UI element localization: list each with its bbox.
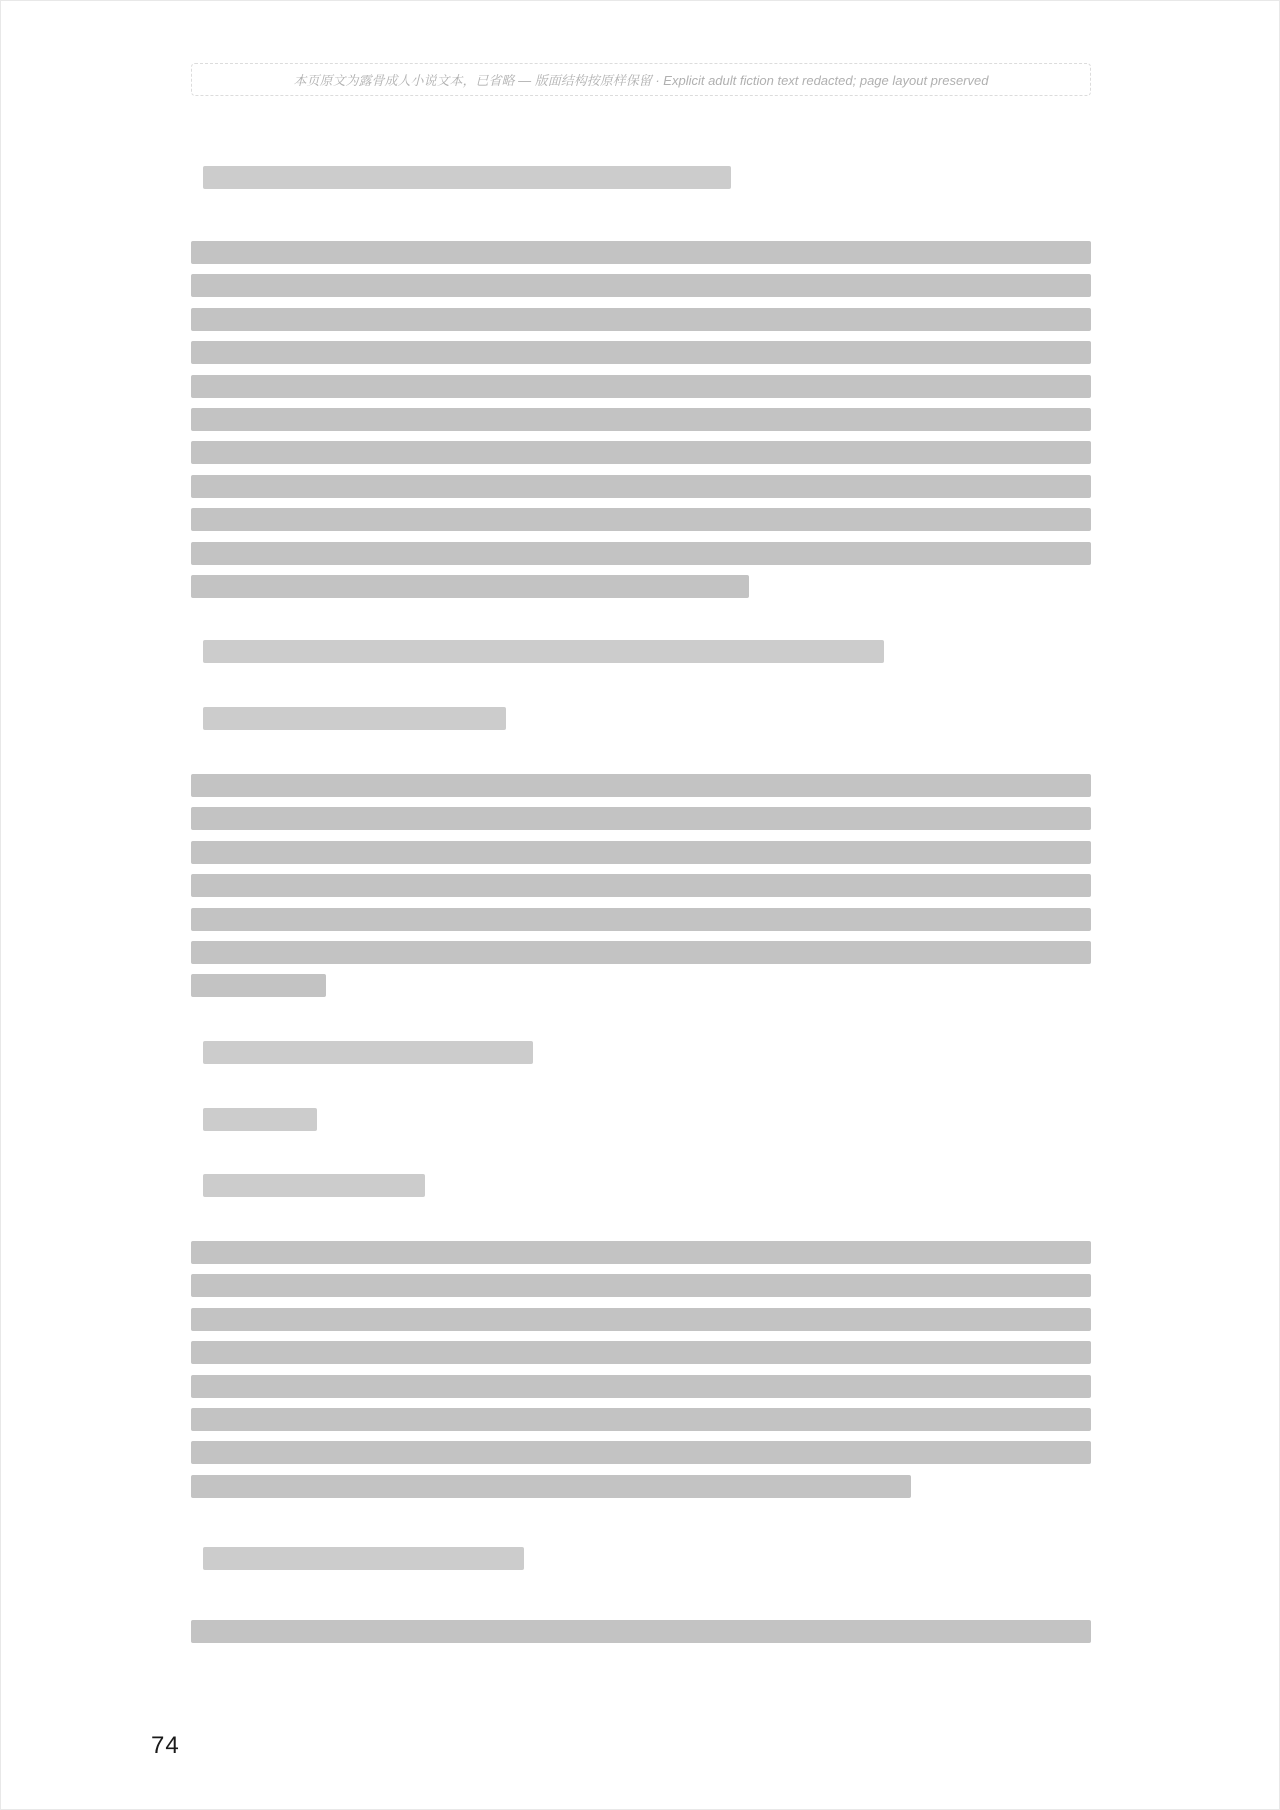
redacted-text-line-body [191, 241, 1091, 264]
redacted-text-line-body [191, 874, 1091, 897]
redacted-text-line-body [191, 1620, 1091, 1643]
redacted-text-line-body [191, 341, 1091, 364]
redacted-text-line-body [191, 807, 1091, 830]
redacted-text-line-body [191, 774, 1091, 797]
redacted-text-line-body [191, 274, 1091, 297]
redacted-text-line-body [191, 575, 749, 598]
redacted-text-line-body [191, 1375, 1091, 1398]
document-page: 本页原文为露骨成人小说文本，已省略 — 版面结构按原样保留 · Explicit… [0, 0, 1280, 1810]
redacted-text-line-body [191, 974, 326, 997]
redacted-text-line-body [191, 1475, 911, 1498]
redacted-text-line-body [191, 441, 1091, 464]
redacted-text-line-quote [203, 1108, 317, 1131]
redacted-text-line-body [191, 908, 1091, 931]
redacted-text-line-body [191, 1441, 1091, 1464]
redacted-text-line-body [191, 542, 1091, 565]
redacted-text-line-quote [203, 1174, 425, 1197]
redacted-text-line-quote [203, 640, 884, 663]
redacted-text-line-body [191, 941, 1091, 964]
redacted-text-line-quote [203, 707, 506, 730]
redacted-text-line-body [191, 1241, 1091, 1264]
redacted-text-line-quote [203, 1041, 533, 1064]
redacted-text-line-body [191, 1408, 1091, 1431]
page-number: 74 [151, 1732, 180, 1760]
redacted-text-line-body [191, 841, 1091, 864]
redacted-text-line-body [191, 308, 1091, 331]
redacted-text-line-body [191, 1308, 1091, 1331]
redacted-text-line-body [191, 508, 1091, 531]
redacted-text-line-body [191, 475, 1091, 498]
text-content [191, 1, 1091, 1810]
redacted-text-line-quote [203, 1547, 524, 1570]
redacted-text-line-body [191, 375, 1091, 398]
redacted-text-line-body [191, 1274, 1091, 1297]
redacted-text-line-body [191, 408, 1091, 431]
redacted-text-line-body [191, 1341, 1091, 1364]
redacted-text-line-quote [203, 166, 731, 189]
